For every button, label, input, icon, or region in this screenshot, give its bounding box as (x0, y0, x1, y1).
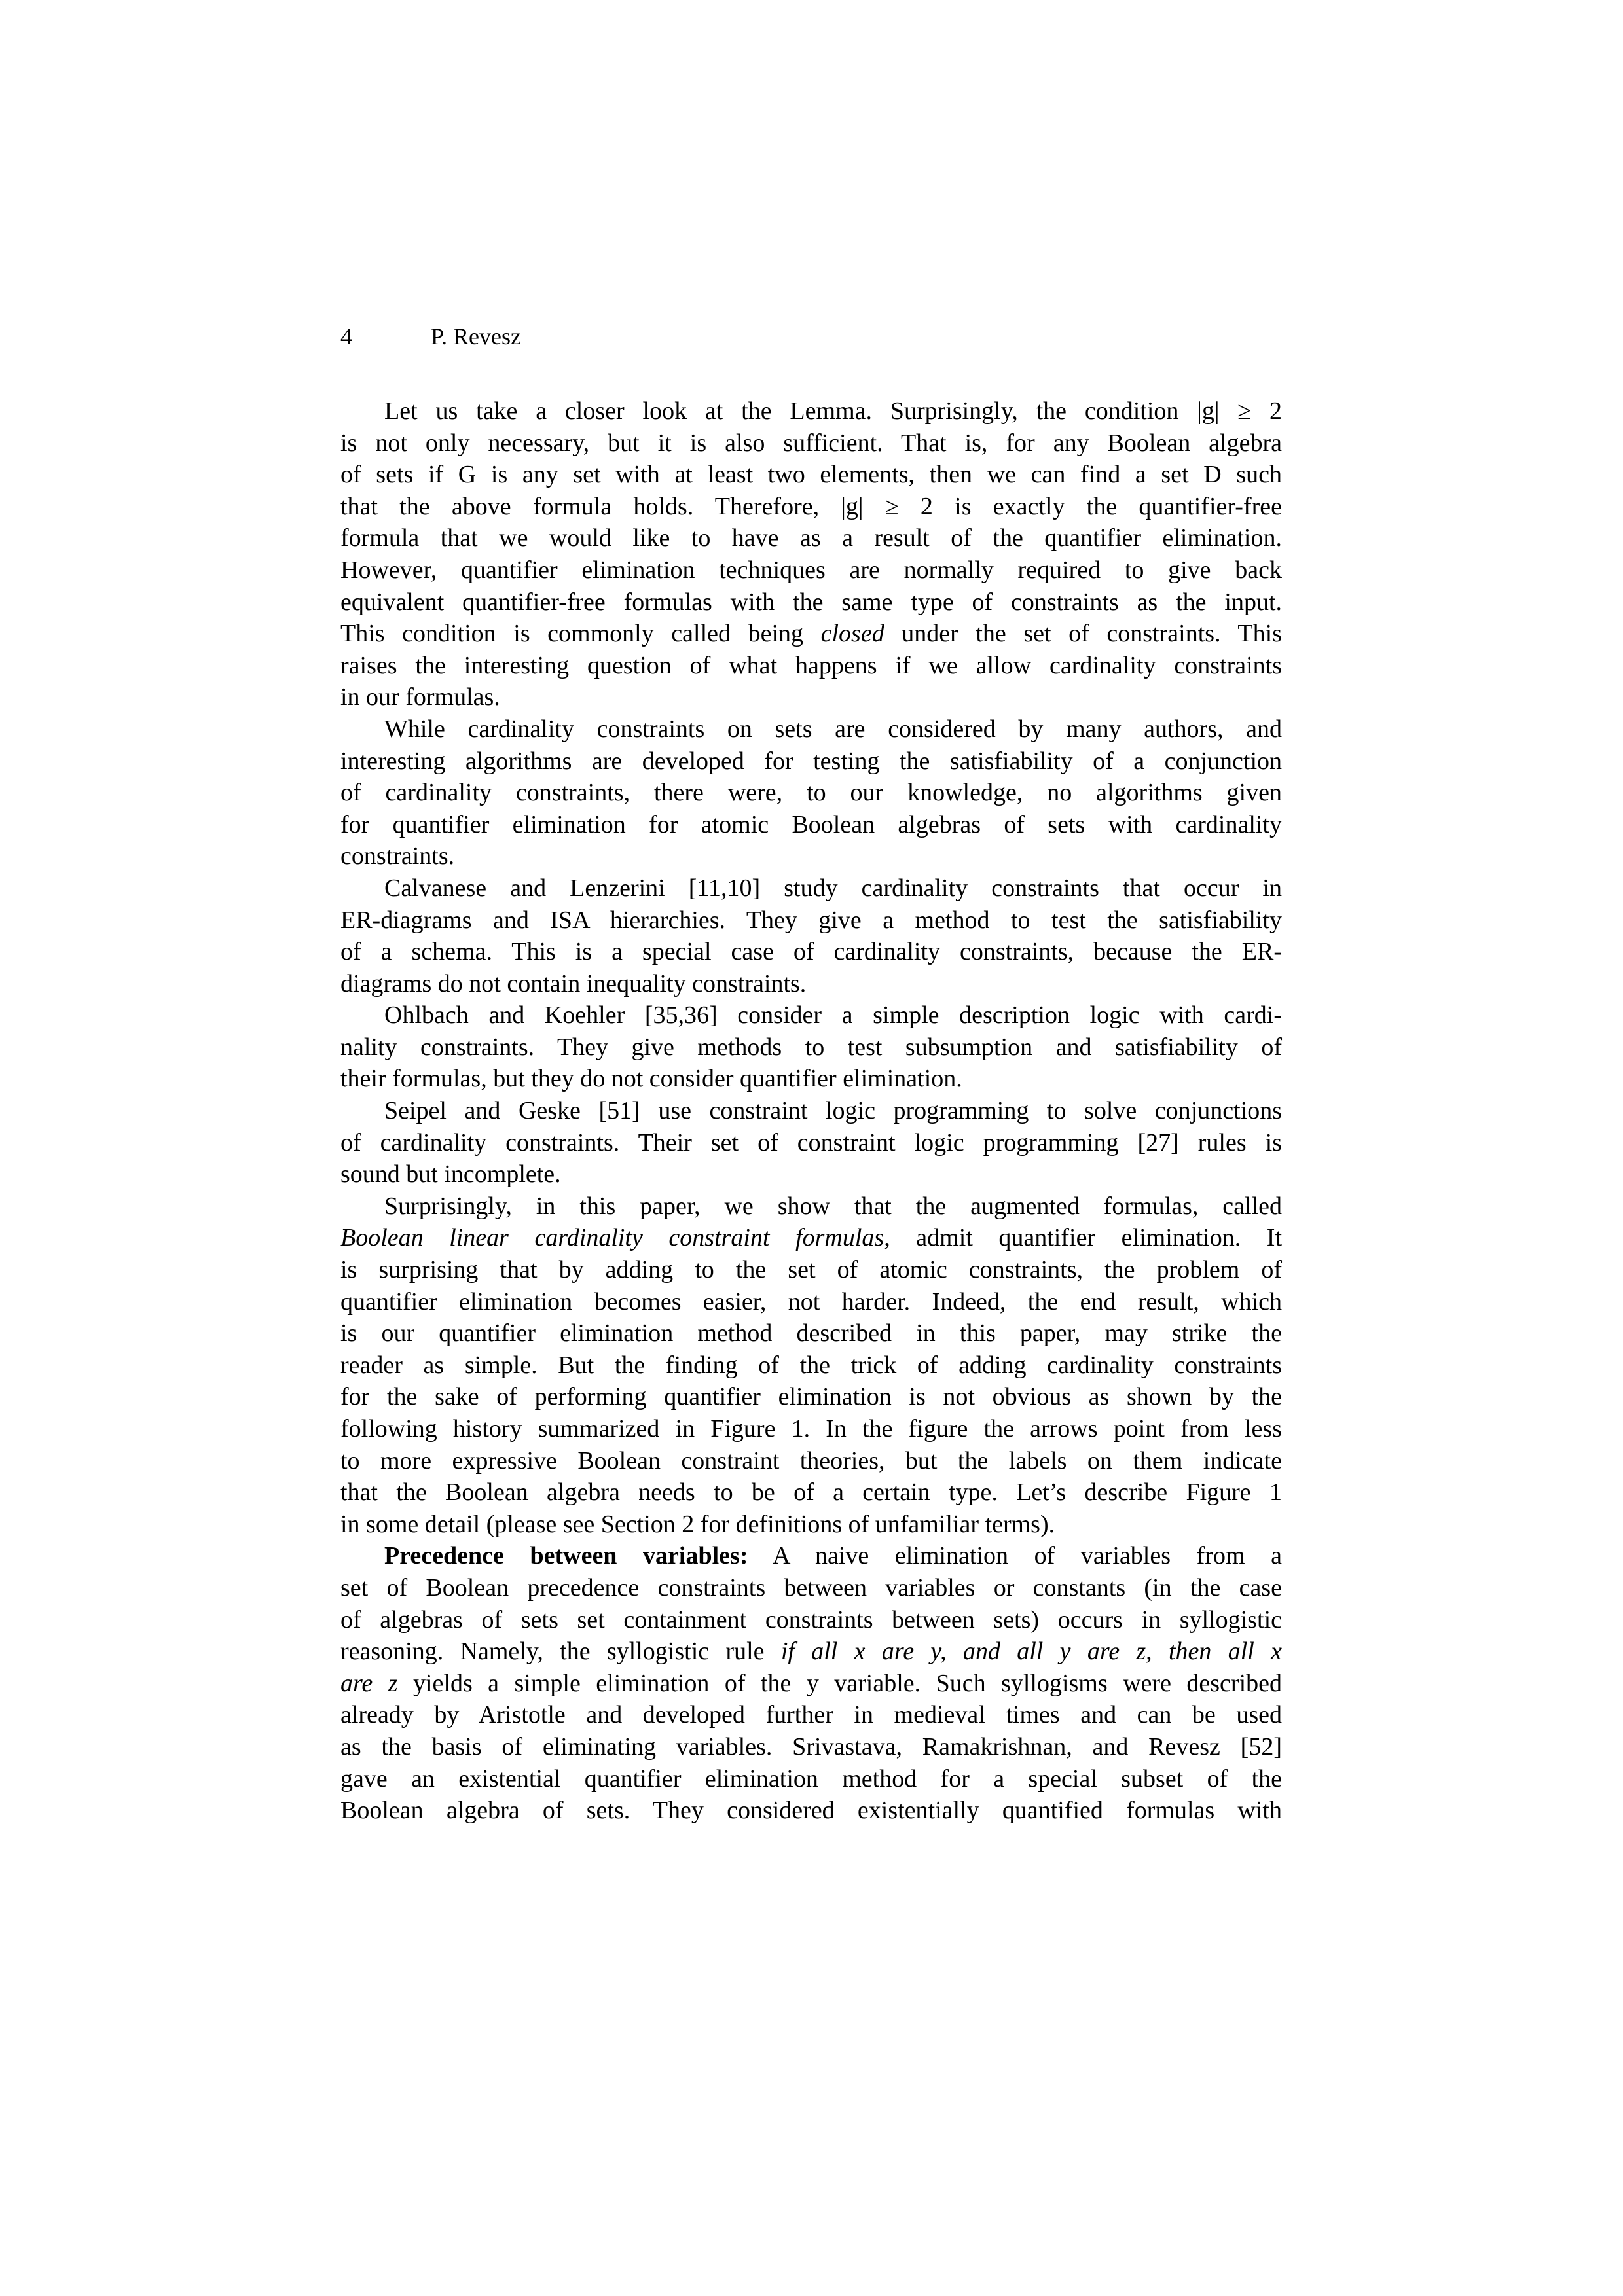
text-line: Precedence between variables: A naive el… (340, 1540, 1282, 1572)
text-run: , admit quantifier elimination. It (884, 1224, 1282, 1251)
text-line: in our formulas. (340, 681, 1282, 713)
text-run: A naive elimination of variables from a (748, 1542, 1282, 1570)
text-line: constraints. (340, 840, 1282, 872)
text-line: reasoning. Namely, the syllogistic rule … (340, 1636, 1282, 1668)
text-run: under the set of constraints. This (884, 620, 1282, 647)
text-line: as the basis of eliminating variables. S… (340, 1731, 1282, 1763)
text-line: interesting algorithms are developed for… (340, 745, 1282, 778)
emphasis: Boolean linear cardinality constraint fo… (340, 1224, 884, 1251)
text-line: to more expressive Boolean constraint th… (340, 1445, 1282, 1477)
text-line: following history summarized in Figure 1… (340, 1413, 1282, 1445)
text-line: quantifier elimination becomes easier, n… (340, 1286, 1282, 1318)
text-line: formula that we would like to have as a … (340, 522, 1282, 554)
text-line: Calvanese and Lenzerini [11,10] study ca… (340, 872, 1282, 905)
page-number: 4 (340, 321, 352, 352)
text-line: of sets if G is any set with at least tw… (340, 459, 1282, 491)
text-line: is not only necessary, but it is also su… (340, 427, 1282, 459)
text-line: of algebras of sets set containment cons… (340, 1604, 1282, 1636)
body-text: Let us take a closer look at the Lemma. … (340, 395, 1282, 1827)
text-line: already by Aristotle and developed furth… (340, 1699, 1282, 1731)
text-line: raises the interesting question of what … (340, 650, 1282, 682)
text-line: that the above formula holds. Therefore,… (340, 491, 1282, 523)
text-line: diagrams do not contain inequality const… (340, 968, 1282, 1000)
running-head-author: P. Revesz (431, 321, 521, 352)
text-line: for quantifier elimination for atomic Bo… (340, 809, 1282, 841)
emphasis: closed (821, 620, 884, 647)
text-line: While cardinality constraints on sets ar… (340, 713, 1282, 745)
text-line: in some detail (please see Section 2 for… (340, 1509, 1282, 1541)
text-line: Boolean algebra of sets. They considered… (340, 1795, 1282, 1827)
text-line: of cardinality constraints, there were, … (340, 777, 1282, 809)
text-line: is surprising that by adding to the set … (340, 1254, 1282, 1286)
run-in-heading: Precedence between variables: (384, 1542, 748, 1570)
text-line: sound but incomplete. (340, 1158, 1282, 1191)
text-line: However, quantifier elimination techniqu… (340, 554, 1282, 586)
running-head: 4 P. Revesz (340, 321, 1283, 352)
emphasis: are z (340, 1670, 398, 1697)
text-run: yields a simple elimination of the y var… (398, 1670, 1283, 1697)
text-line: are z yields a simple elimination of the… (340, 1668, 1282, 1700)
text-line: Boolean linear cardinality constraint fo… (340, 1222, 1282, 1254)
text-line: Let us take a closer look at the Lemma. … (340, 395, 1282, 427)
text-line: their formulas, but they do not consider… (340, 1063, 1282, 1095)
paper-page: 4 P. Revesz Let us take a closer look at… (0, 0, 1623, 2296)
text-line: Seipel and Geske [51] use constraint log… (340, 1095, 1282, 1127)
text-line: of cardinality constraints. Their set of… (340, 1127, 1282, 1159)
text-line: is our quantifier elimination method des… (340, 1318, 1282, 1350)
text-line: set of Boolean precedence constraints be… (340, 1572, 1282, 1604)
text-line: equivalent quantifier-free formulas with… (340, 586, 1282, 619)
text-run: reasoning. Namely, the syllogistic rule (340, 1638, 781, 1665)
text-line: gave an existential quantifier eliminati… (340, 1763, 1282, 1795)
text-line: ER-diagrams and ISA hierarchies. They gi… (340, 905, 1282, 937)
text-line: of a schema. This is a special case of c… (340, 936, 1282, 968)
text-line: for the sake of performing quantifier el… (340, 1381, 1282, 1413)
text-line: Ohlbach and Koehler [35,36] consider a s… (340, 999, 1282, 1031)
text-run: This condition is commonly called being (340, 620, 821, 647)
emphasis: if all x are y, and all y are z, then al… (781, 1638, 1282, 1665)
text-line: reader as simple. But the finding of the… (340, 1350, 1282, 1382)
text-line: This condition is commonly called being … (340, 618, 1282, 650)
text-line: that the Boolean algebra needs to be of … (340, 1477, 1282, 1509)
text-line: nality constraints. They give methods to… (340, 1031, 1282, 1064)
text-line: Surprisingly, in this paper, we show tha… (340, 1191, 1282, 1223)
